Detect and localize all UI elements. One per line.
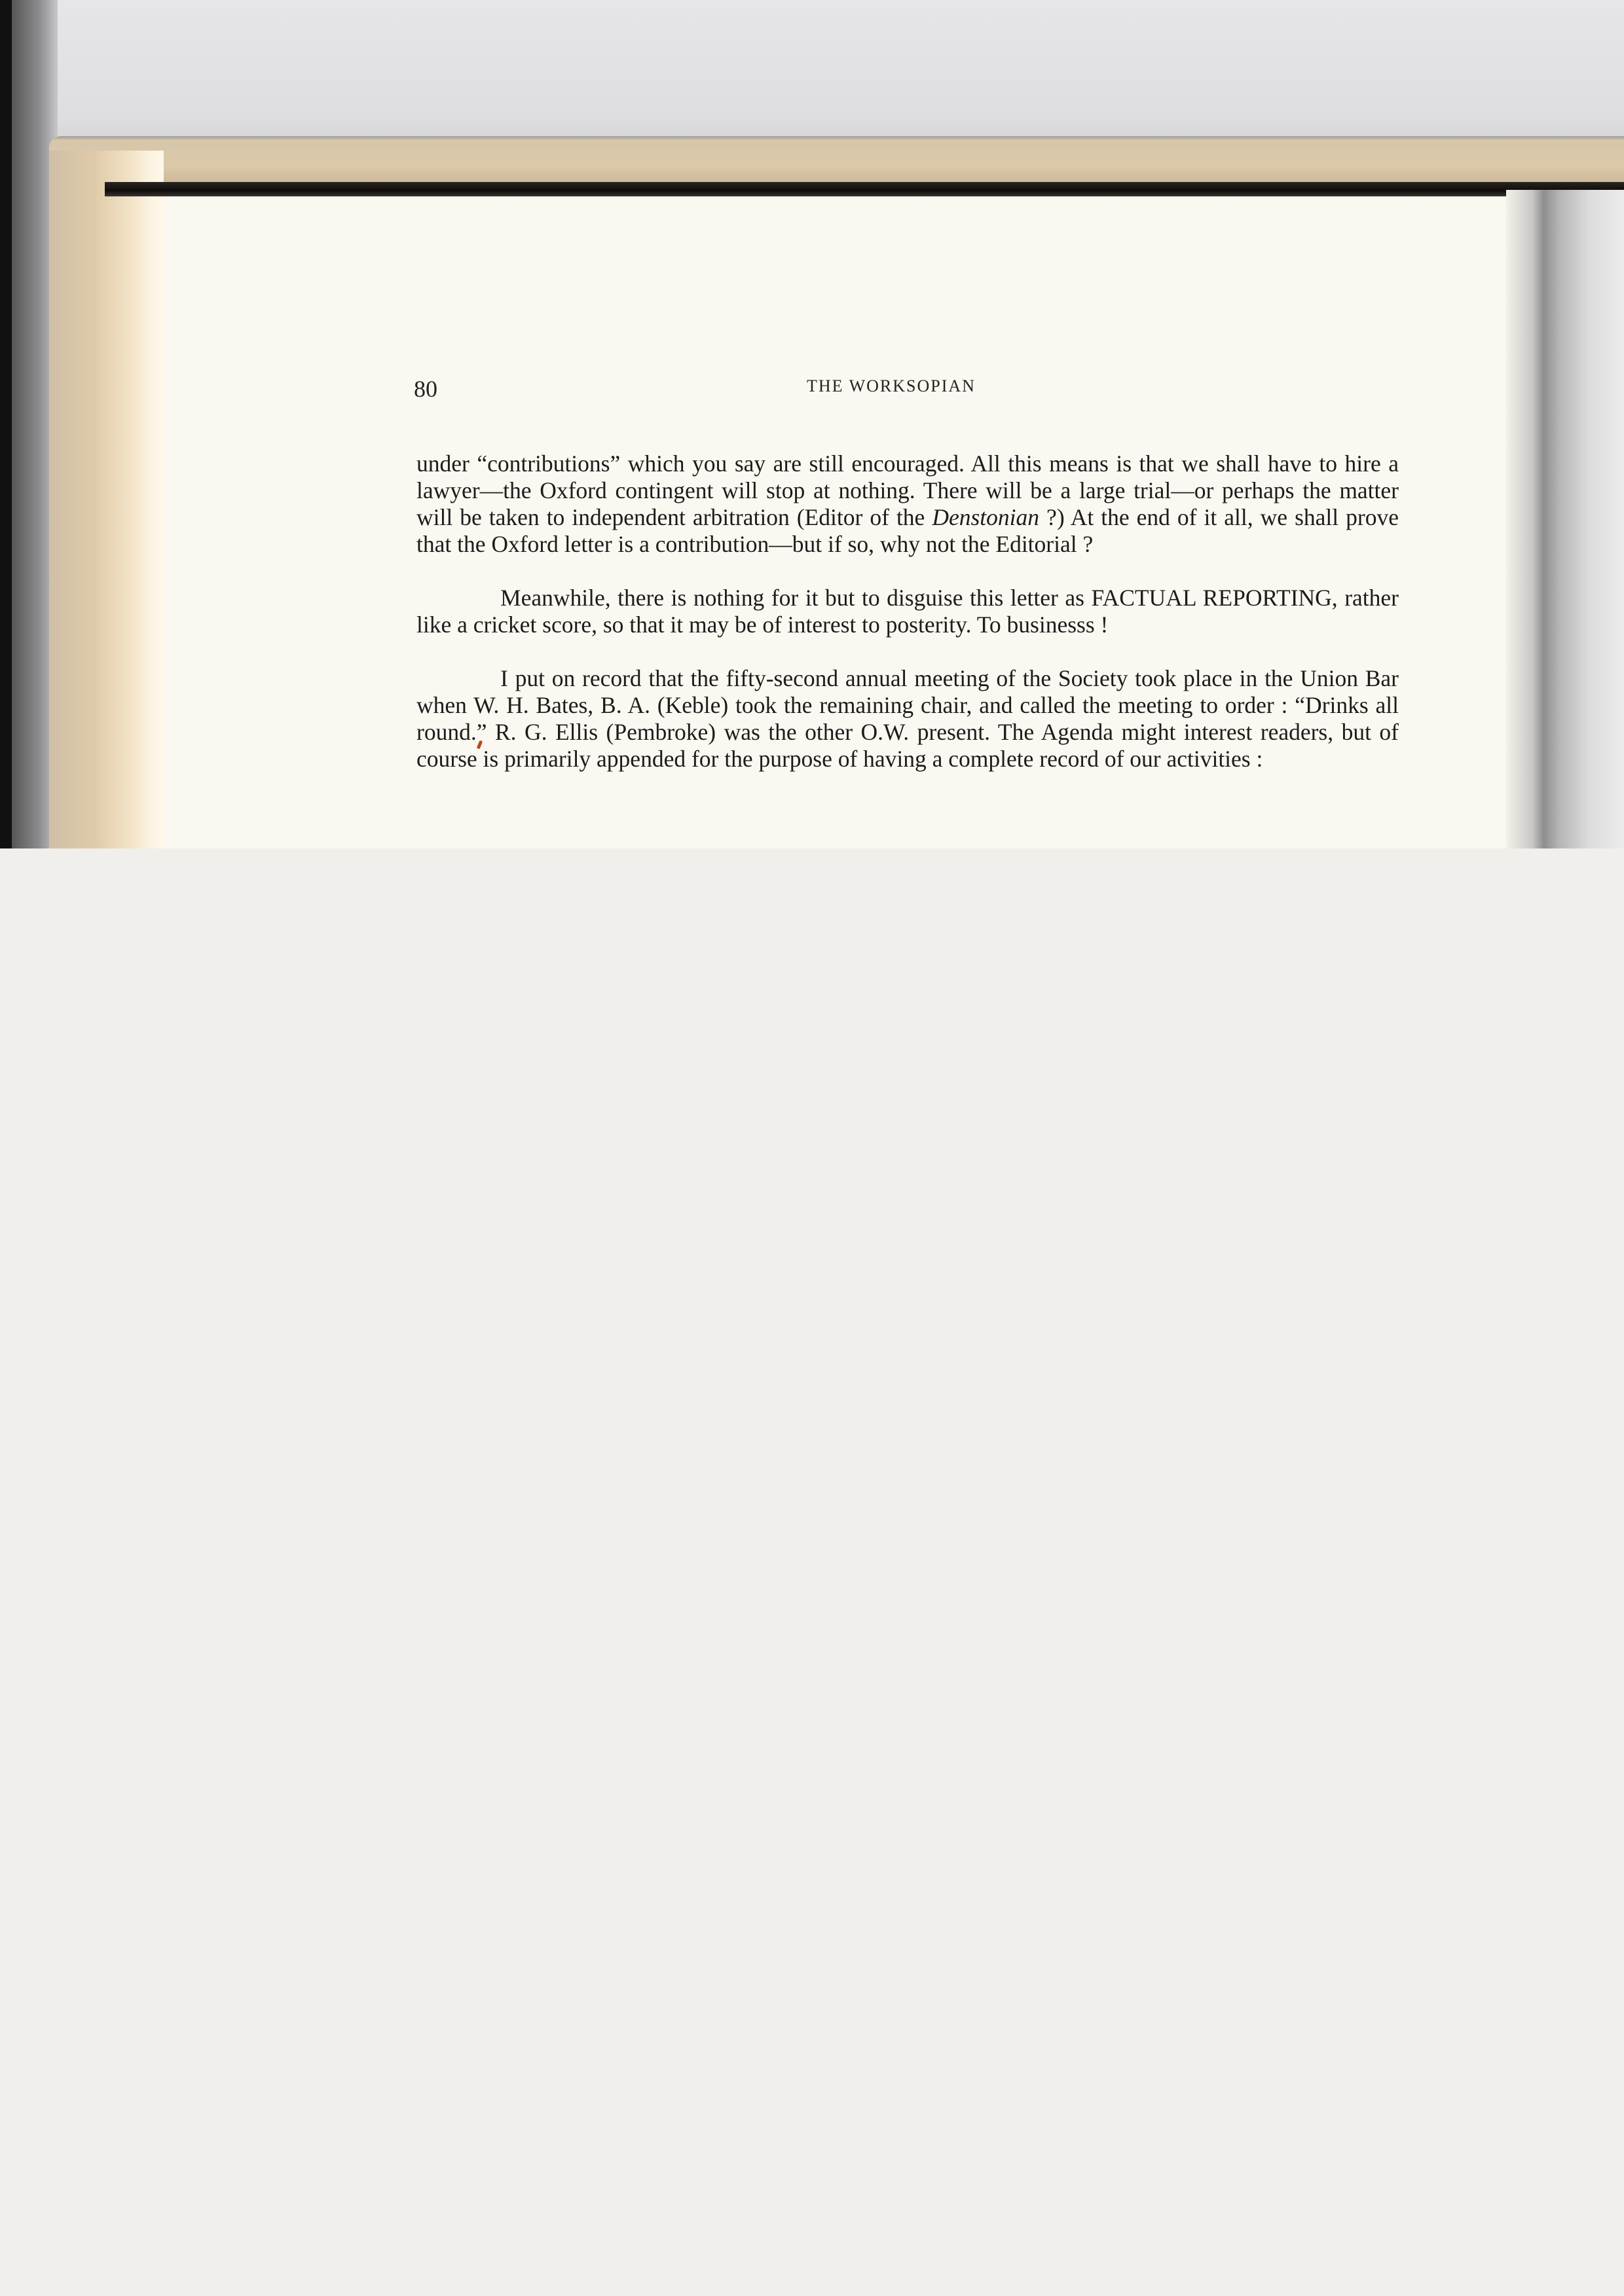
journal-title: THE WORKSOPIAN	[807, 376, 976, 396]
text-run: I put on record that the fifty-second an…	[416, 665, 1399, 772]
book-left-edge	[49, 151, 164, 848]
italic-text: Denstonian	[932, 504, 1039, 530]
book-top-edge	[49, 136, 1624, 187]
paragraph: under “contributions” which you say are …	[416, 450, 1399, 558]
text-run: Meanwhile, there is nothing for it but t…	[416, 585, 1399, 638]
scanned-book-page: 80 THE WORKSOPIAN under “contributions” …	[0, 0, 1624, 848]
body-text: under “contributions” which you say are …	[416, 450, 1399, 773]
book-top-shadow	[105, 182, 1624, 196]
page-number: 80	[414, 375, 437, 403]
page-gutter-shadow	[1506, 190, 1624, 848]
paragraph: Meanwhile, there is nothing for it but t…	[416, 585, 1399, 638]
scanner-border	[0, 0, 12, 848]
paragraph: I put on record that the fifty-second an…	[416, 665, 1399, 773]
